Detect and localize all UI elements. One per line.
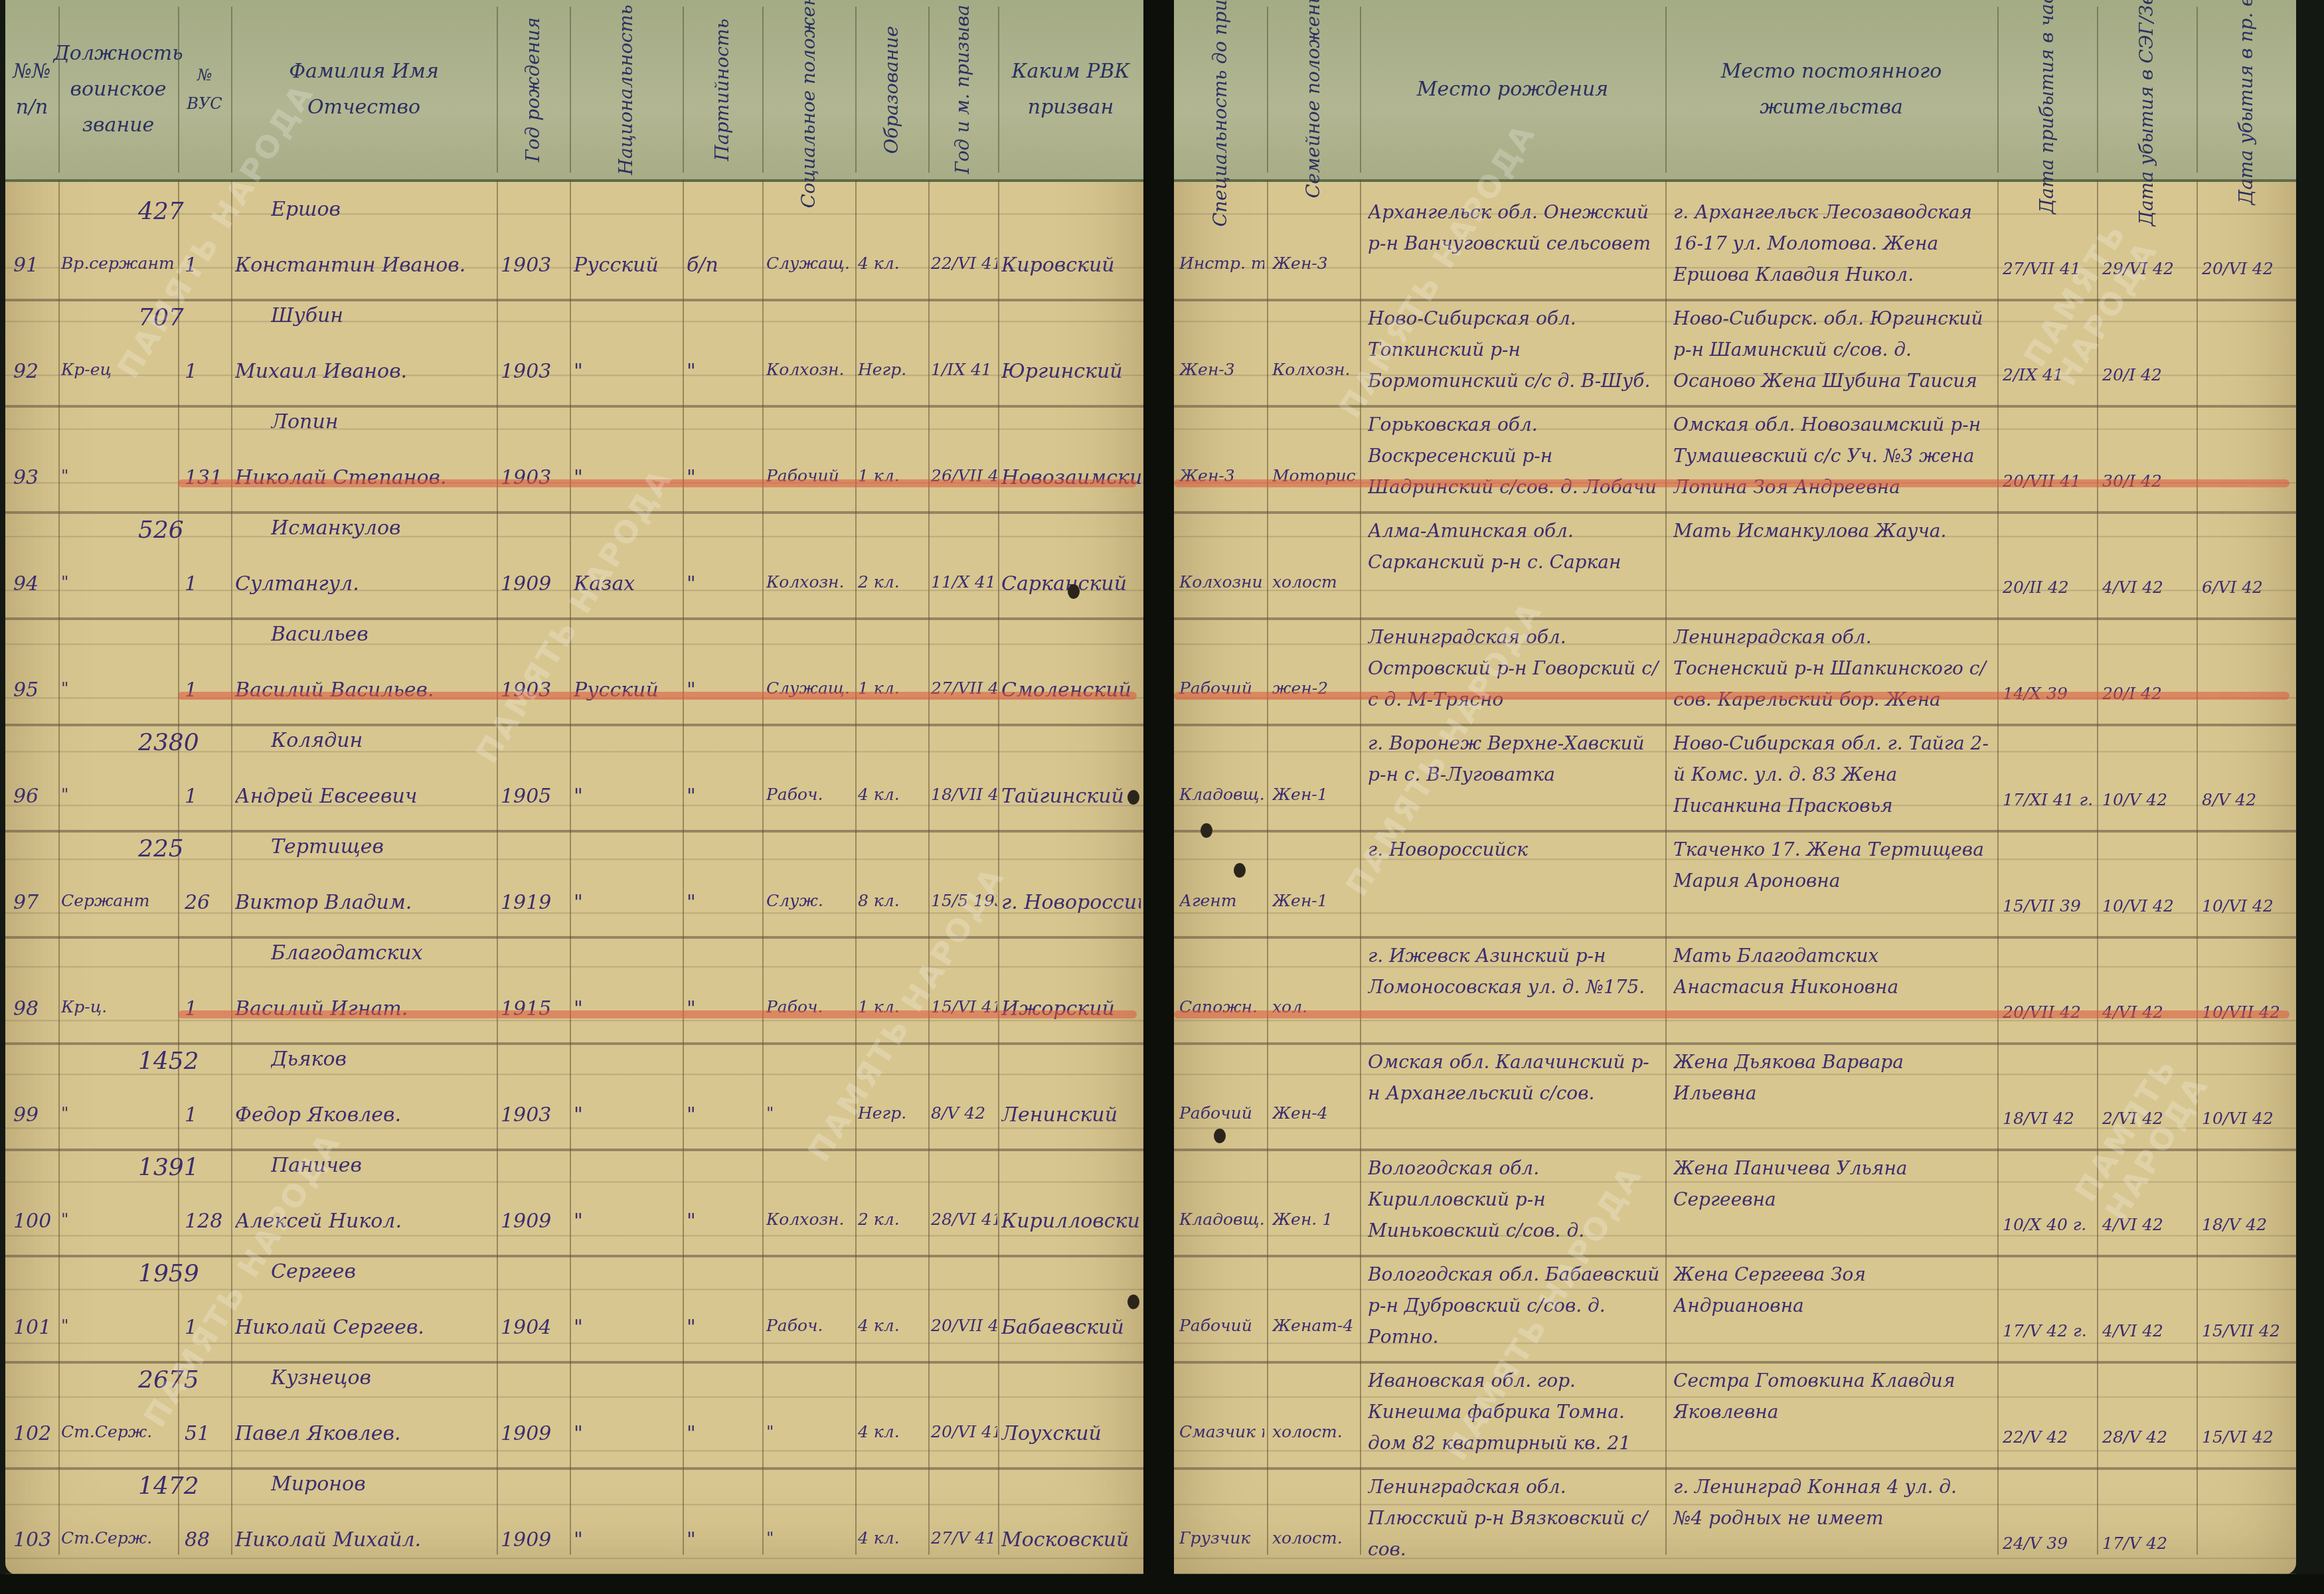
header-label: Место рождения: [1417, 72, 1608, 108]
strike-line: [178, 1010, 1137, 1018]
table-row: Жен-3Колхозн.Ново-Сибирская обл. Топкинс…: [1174, 299, 2296, 408]
strike-line: [1174, 479, 2289, 487]
cell-date-departure: 28/V 42: [2102, 1427, 2194, 1447]
cell-name: Федор Яковлев.: [235, 1103, 494, 1127]
header-family: Семейное положение: [1267, 7, 1361, 173]
cell-no: 92: [13, 360, 58, 383]
cell-rank: Вр.сержант: [61, 254, 174, 273]
table-row: Жен-3МотористГорьковская обл. Воскресенс…: [1174, 405, 2296, 514]
cell-party: ": [687, 891, 760, 914]
strike-line: [178, 479, 1137, 487]
cell-nationality: ": [574, 1210, 680, 1233]
cell-education: 8 кл.: [858, 891, 927, 910]
cell-date-departure: 2/VI 42: [2102, 1109, 2194, 1128]
surname: Сергеев: [271, 1260, 490, 1283]
table-row: Сапожн.хол.г. Ижевск Азинский р-н Ломоно…: [1174, 936, 2296, 1045]
header-label: Социальное положение: [792, 0, 825, 208]
cell-rvk: Кировский: [1001, 254, 1141, 277]
cell-no: 97: [13, 891, 58, 914]
cell-date-arrival: 20/II 42: [2003, 578, 2094, 597]
header-label: Дата прибытия в часть: [2031, 0, 2064, 214]
cell-draft-date: 20/VI 41: [931, 1422, 997, 1441]
cell-party: ": [687, 1210, 760, 1233]
cell-birthplace: г. Новороссийск: [1368, 834, 1660, 933]
table-row: Исманкулов52694"1Султангул.1909Казах"Кол…: [5, 511, 1143, 620]
cell-vus: 26: [185, 891, 228, 914]
cell-residence: Сестра Готовкина Клавдия Яковлевна: [1673, 1365, 1992, 1465]
cell-rank: ": [61, 466, 174, 485]
cell-social: ": [766, 1103, 853, 1123]
table-row: Лопин93"131Николай Степанов.1903""Рабочи…: [5, 405, 1143, 514]
cell-date-arrival: 17/V 42 г.: [2003, 1321, 2094, 1340]
cell-draft-date: 8/V 42: [931, 1103, 997, 1123]
cell-family: Женат-4: [1272, 1316, 1357, 1335]
table-row: Колядин238096"1Андрей Евсеевич1905""Рабо…: [5, 724, 1143, 833]
cell-date-other: 20/VI 42: [2202, 259, 2293, 278]
cell-nationality: ": [574, 1528, 680, 1552]
cell-date-departure: 20/I 42: [2102, 365, 2194, 384]
cell-rank: Кр-ц.: [61, 997, 174, 1016]
vus-note: 427: [138, 198, 211, 225]
cell-party: ": [687, 572, 760, 596]
cell-no: 94: [13, 572, 58, 596]
header-party: Партийность: [683, 7, 764, 173]
cell-social: Колхозн.: [766, 1210, 853, 1229]
cell-draft-date: 18/VII 41: [931, 785, 997, 804]
cell-no: 95: [13, 678, 58, 702]
cell-vus: 1: [185, 785, 228, 808]
cell-year: 1904: [501, 1316, 567, 1339]
cell-birthplace: г. Ижевск Азинский р-н Ломоносовская ул.…: [1368, 940, 1660, 1040]
cell-residence: Ленинградская обл. Тосненский р-н Шапкин…: [1673, 621, 1992, 721]
cell-birthplace: Ново-Сибирская обл. Топкинский р-н Бормо…: [1368, 303, 1660, 402]
table-row: КолхозникхолостАлма-Атинская обл. Саркан…: [1174, 511, 2296, 620]
cell-nationality: ": [574, 1103, 680, 1127]
cell-residence: Ново-Сибирская обл. г. Тайга 2-й Комс. у…: [1673, 728, 1992, 827]
cell-rvk: Кирилловский: [1001, 1210, 1141, 1233]
cell-rvk: г. Новороссийск: [1001, 891, 1141, 914]
cell-family: Жен-3: [1272, 254, 1357, 273]
vus-note: 225: [138, 835, 211, 862]
table-row: Паничев1391100"128Алексей Никол.1909""Ко…: [5, 1149, 1143, 1257]
header-label: Семейное положение: [1297, 0, 1330, 199]
cell-specialty: Кладовщ.: [1179, 785, 1264, 804]
left-page: №№ п/п Должность воинское звание № ВУС Ф…: [5, 0, 1143, 1575]
punch-hole: [1234, 863, 1246, 878]
cell-date-departure: 10/VI 42: [2102, 896, 2194, 916]
cell-no: 99: [13, 1103, 58, 1127]
cell-name: Николай Михайл.: [235, 1528, 494, 1552]
cell-no: 96: [13, 785, 58, 808]
cell-education: 4 кл.: [858, 1316, 927, 1335]
cell-date-other: 6/VI 42: [2202, 578, 2293, 597]
cell-residence: Жена Сергеева Зоя Андриановна: [1673, 1259, 1992, 1358]
cell-social: Рабоч.: [766, 1316, 853, 1335]
vus-note: 1472: [138, 1473, 211, 1500]
surname: Исманкулов: [271, 517, 490, 540]
cell-family: Жен-4: [1272, 1103, 1357, 1123]
book-gutter: [1143, 0, 1174, 1594]
cell-draft-date: 1/IX 41: [931, 360, 997, 379]
vus-note: 526: [138, 517, 211, 544]
cell-no: 103: [13, 1528, 58, 1552]
surname: Колядин: [271, 729, 490, 752]
table-row: РабочийЖенат-4Вологодская обл. Бабаевски…: [1174, 1255, 2296, 1364]
table-row: Кладовщ.Жен-1г. Воронеж Верхне-Хавский р…: [1174, 724, 2296, 833]
strike-line: [1174, 692, 2289, 700]
table-row: Миронов1472103Ст.Серж.88Николай Михайл.1…: [5, 1467, 1143, 1576]
header-fullname: Фамилия Имя Отчество: [231, 7, 498, 173]
cell-party: б/п: [687, 254, 760, 277]
cell-year: 1919: [501, 891, 567, 914]
cell-rank: ": [61, 785, 174, 804]
cell-year: 1903: [501, 1103, 567, 1127]
surname: Тертищев: [271, 835, 490, 858]
table-row: Дьяков145299"1Федор Яковлев.1903"""Негр.…: [5, 1042, 1143, 1151]
cell-birthplace: Ленинградская обл. Островский р-н Говорс…: [1368, 621, 1660, 721]
cell-name: Виктор Владим.: [235, 891, 494, 914]
cell-birthplace: Алма-Атинская обл. Сарканский р-н с. Сар…: [1368, 515, 1660, 615]
cell-rank: ": [61, 572, 174, 592]
cell-date-other: 18/V 42: [2202, 1215, 2293, 1234]
cell-social: ": [766, 1422, 853, 1441]
header-date-arrival: Дата прибытия в часть: [1997, 7, 2098, 173]
cell-date-other: 8/V 42: [2202, 790, 2293, 809]
surname: Паничев: [271, 1154, 490, 1177]
cell-education: 4 кл.: [858, 1528, 927, 1548]
cell-party: ": [687, 1422, 760, 1445]
cell-party: ": [687, 785, 760, 808]
cell-social: Служ.: [766, 891, 853, 910]
cell-specialty: Агент: [1179, 891, 1264, 910]
cell-name: Султангул.: [235, 572, 494, 596]
punch-hole: [1214, 1129, 1226, 1143]
cell-social: Колхозн.: [766, 572, 853, 592]
cell-vus: 1: [185, 572, 228, 596]
surname: Дьяков: [271, 1048, 490, 1071]
cell-education: 4 кл.: [858, 254, 927, 273]
cell-nationality: ": [574, 1422, 680, 1445]
cell-no: 98: [13, 997, 58, 1020]
cell-date-arrival: 18/VI 42: [2003, 1109, 2094, 1128]
table-row: Благодатских98Кр-ц.1Василий Игнат.1915""…: [5, 936, 1143, 1045]
cell-date-arrival: 2/IX 41: [2003, 365, 2094, 384]
cell-year: 1909: [501, 572, 567, 596]
cell-rank: ": [61, 1210, 174, 1229]
header-label: Год рождения: [517, 17, 550, 162]
cell-draft-date: 27/V 41: [931, 1528, 997, 1548]
cell-party: ": [687, 360, 760, 383]
cell-vus: 1: [185, 254, 228, 277]
cell-draft-date: 15/5 1939: [931, 891, 997, 910]
header-label: Место постоянного жительства: [1665, 54, 1997, 125]
table-row: Васильев95"1Василий Васильев.1903Русский…: [5, 617, 1143, 726]
cell-party: ": [687, 1316, 760, 1339]
cell-birthplace: Архангельск обл. Онежский р-н Ванчуговск…: [1368, 197, 1660, 296]
cell-birthplace: Ленинградская обл. Плюсский р-н Вязковск…: [1368, 1471, 1660, 1571]
table-row: Кузнецов2675102Ст.Серж.51Павел Яковлев.1…: [5, 1361, 1143, 1470]
cell-residence: Омская обл. Новозаимский р-н Тумашевский…: [1673, 409, 1992, 509]
cell-residence: г. Архангельск Лесозаводская 16-17 ул. М…: [1673, 197, 1992, 296]
cell-date-departure: 4/VI 42: [2102, 1215, 2194, 1234]
cell-residence: Ткаченко 17. Жена Тертищева Мария Аронов…: [1673, 834, 1992, 933]
header-label: Год и м. призыва: [946, 5, 979, 174]
cell-draft-date: 22/VI 41: [931, 254, 997, 273]
punch-hole: [1127, 790, 1139, 805]
scan-edge: [0, 1574, 2324, 1594]
cell-family: Жен-1: [1272, 785, 1357, 804]
cell-rank: ": [61, 1316, 174, 1335]
cell-date-departure: 10/V 42: [2102, 790, 2194, 809]
header-specialty: Специальность до призыва: [1174, 7, 1268, 173]
cell-education: 4 кл.: [858, 785, 927, 804]
cell-name: Алексей Никол.: [235, 1210, 494, 1233]
header-label: № ВУС: [178, 61, 231, 118]
cell-family: Колхозн.: [1272, 360, 1357, 379]
cell-year: 1905: [501, 785, 567, 808]
cell-date-departure: 4/VI 42: [2102, 1321, 2194, 1340]
header-nationality: Национальность: [570, 7, 684, 173]
cell-date-other: 15/VI 42: [2202, 1427, 2293, 1447]
cell-date-arrival: 17/XI 41 г.: [2003, 790, 2094, 809]
table-row: РабочийЖен-4Омская обл. Калачинский р-н …: [1174, 1042, 2296, 1151]
header-label: Фамилия Имя Отчество: [231, 54, 497, 125]
cell-birthplace: Вологодская обл. Кирилловский р-н Минько…: [1368, 1153, 1660, 1252]
header-label: Дата убытия в пр. вуз: [2230, 0, 2263, 204]
surname: Лопин: [271, 410, 490, 434]
header-label: Национальность: [610, 5, 643, 175]
cell-family: Жен-1: [1272, 891, 1357, 910]
punch-hole: [1068, 584, 1080, 599]
table-row: АгентЖен-1г. НовороссийскТкаченко 17. Же…: [1174, 830, 2296, 939]
header-date-other: Дата убытия в пр. вуз: [2197, 7, 2296, 173]
cell-no: 101: [13, 1316, 58, 1339]
cell-residence: Мать Благодатских Анастасия Никоновна: [1673, 940, 1992, 1040]
cell-year: 1903: [501, 360, 567, 383]
header-draft-year: Год и м. призыва: [928, 7, 999, 173]
punch-hole: [1127, 1295, 1139, 1309]
header-birthplace: Место рождения: [1360, 7, 1667, 173]
cell-birthplace: Омская обл. Калачинский р-н Архангельски…: [1368, 1046, 1660, 1146]
cell-specialty: Инстр. тракт.: [1179, 254, 1264, 273]
cell-rank: Ст.Серж.: [61, 1528, 174, 1548]
cell-year: 1909: [501, 1210, 567, 1233]
cell-specialty: Рабочий: [1179, 1316, 1264, 1335]
header-label: Должность воинское звание: [53, 36, 183, 143]
cell-rvk: Московский: [1001, 1528, 1141, 1552]
cell-date-arrival: 27/VII 41: [2003, 259, 2094, 278]
cell-residence: Ново-Сибирск. обл. Юргинский р-н Шаминск…: [1673, 303, 1992, 402]
cell-residence: Жена Дьякова Варвара Ильевна: [1673, 1046, 1992, 1146]
cell-education: 4 кл.: [858, 1422, 927, 1441]
cell-date-other: 10/VI 42: [2202, 1109, 2293, 1128]
table-row: Ершов42791Вр.сержант1Константин Иванов.1…: [5, 193, 1143, 301]
cell-nationality: ": [574, 891, 680, 914]
cell-rank: Сержант: [61, 891, 174, 910]
cell-birthplace: Горьковская обл. Воскресенский р-н Шадри…: [1368, 409, 1660, 509]
surname: Васильев: [271, 623, 490, 646]
cell-name: Павел Яковлев.: [235, 1422, 494, 1445]
cell-rank: Кр-ец: [61, 360, 174, 379]
cell-nationality: ": [574, 360, 680, 383]
cell-vus: 1: [185, 1103, 228, 1127]
cell-nationality: Русский: [574, 254, 680, 277]
cell-specialty: Смазчик прядильн. цеха: [1179, 1422, 1264, 1441]
table-row: Грузчикхолост.Ленинградская обл. Плюсски…: [1174, 1467, 2296, 1576]
table-row: Рабочийжен-2Ленинградская обл. Островски…: [1174, 617, 2296, 726]
header-label: Каким РВК призван: [998, 54, 1143, 125]
cell-draft-date: 11/X 41: [931, 572, 997, 592]
surname: Кузнецов: [271, 1366, 490, 1390]
cell-name: Николай Сергеев.: [235, 1316, 494, 1339]
cell-year: 1909: [501, 1422, 567, 1445]
vus-note: 2380: [138, 729, 211, 756]
cell-vus: 1: [185, 1316, 228, 1339]
cell-birthplace: г. Воронеж Верхне-Хавский р-н с. В-Лугов…: [1368, 728, 1660, 827]
cell-no: 102: [13, 1422, 58, 1445]
table-row: Смазчик прядильн. цехахолост.Ивановская …: [1174, 1361, 2296, 1470]
cell-education: 2 кл.: [858, 572, 927, 592]
cell-rvk: Тайгинский: [1001, 785, 1141, 808]
cell-education: Негр.: [858, 1103, 927, 1123]
cell-rank: ": [61, 1103, 174, 1123]
cell-date-other: 15/VII 42: [2202, 1321, 2293, 1340]
surname: Шубин: [271, 304, 490, 327]
cell-date-departure: 29/VI 42: [2102, 259, 2194, 278]
left-header-band: №№ п/п Должность воинское звание № ВУС Ф…: [5, 0, 1143, 182]
vus-note: 707: [138, 304, 211, 331]
cell-rvk: Лоухский: [1001, 1422, 1141, 1445]
vus-note: 1959: [138, 1260, 211, 1287]
right-page: Специальность до призыва Семейное положе…: [1174, 0, 2296, 1575]
cell-specialty: Рабочий: [1179, 1103, 1264, 1123]
header-label: Образование: [875, 26, 908, 154]
surname: Миронов: [271, 1473, 490, 1496]
cell-no: 93: [13, 466, 58, 489]
cell-party: ": [687, 1528, 760, 1552]
cell-date-other: 10/VI 42: [2202, 896, 2293, 916]
cell-birthplace: Ивановская обл. гор. Кинешма фабрика Том…: [1368, 1365, 1660, 1465]
cell-year: 1903: [501, 254, 567, 277]
cell-social: Служащ.: [766, 254, 853, 273]
cell-family: Жен. 1: [1272, 1210, 1357, 1229]
cell-date-departure: 4/VI 42: [2102, 578, 2194, 597]
header-social: Социальное положение: [762, 7, 857, 173]
cell-date-arrival: 15/VII 39: [2003, 896, 2094, 916]
cell-residence: Жена Паничева Ульяна Сергеевна: [1673, 1153, 1992, 1252]
header-education: Образование: [855, 7, 930, 173]
cell-social: ": [766, 1528, 853, 1548]
vus-note: 1391: [138, 1154, 211, 1181]
cell-family: холост: [1272, 572, 1357, 592]
cell-date-departure: 17/V 42: [2102, 1534, 2194, 1553]
cell-rank: Ст.Серж.: [61, 1422, 174, 1441]
cell-no: 91: [13, 254, 58, 277]
cell-name: Андрей Евсеевич: [235, 785, 494, 808]
surname: Благодатских: [271, 941, 490, 965]
cell-social: Колхозн.: [766, 360, 853, 379]
cell-residence: г. Ленинград Конная 4 ул. д. №4 родных н…: [1673, 1471, 1992, 1571]
header-label: №№ п/п: [5, 54, 58, 125]
cell-date-arrival: 22/V 42: [2003, 1427, 2094, 1447]
strike-line: [1174, 1010, 2289, 1018]
cell-education: 2 кл.: [858, 1210, 927, 1229]
table-row: Тертищев22597Сержант26Виктор Владим.1919…: [5, 830, 1143, 939]
cell-vus: 1: [185, 360, 228, 383]
header-vus: № ВУС: [178, 7, 232, 173]
table-row: Инстр. тракт.Жен-3Архангельск обл. Онежс…: [1174, 193, 2296, 301]
vus-note: 2675: [138, 1366, 211, 1394]
cell-draft-date: 28/VI 41: [931, 1210, 997, 1229]
cell-social: Рабоч.: [766, 785, 853, 804]
cell-name: Михаил Иванов.: [235, 360, 494, 383]
cell-nationality: ": [574, 1316, 680, 1339]
cell-rvk: Бабаевский: [1001, 1316, 1141, 1339]
header-number: №№ п/п: [5, 7, 60, 173]
cell-rank: ": [61, 678, 174, 698]
table-row: Шубин70792Кр-ец1Михаил Иванов.1903""Колх…: [5, 299, 1143, 408]
table-row: Кладовщ.Жен. 1Вологодская обл. Кирилловс…: [1174, 1149, 2296, 1257]
cell-specialty: Жен-3: [1179, 360, 1264, 379]
cell-vus: 51: [185, 1422, 228, 1445]
surname: Ершов: [271, 198, 490, 221]
punch-hole: [1201, 823, 1212, 838]
cell-date-arrival: 24/V 39: [2003, 1534, 2094, 1553]
cell-family: холост.: [1272, 1528, 1357, 1548]
table-row: Сергеев1959101"1Николай Сергеев.1904""Ра…: [5, 1255, 1143, 1364]
header-label: Партийность: [706, 19, 739, 161]
right-header-band: Специальность до призыва Семейное положе…: [1174, 0, 2296, 182]
cell-nationality: Казах: [574, 572, 680, 596]
header-birth-year: Год рождения: [497, 7, 571, 173]
header-date-departure: Дата убытия в СЭГ/Зв. в/ч: [2097, 7, 2198, 173]
header-rank: Должность воинское звание: [58, 7, 179, 173]
cell-party: ": [687, 1103, 760, 1127]
cell-vus: 128: [185, 1210, 228, 1233]
vus-note: 1452: [138, 1048, 211, 1075]
cell-draft-date: 20/VII 41: [931, 1316, 997, 1335]
cell-date-arrival: 10/X 40 г.: [2003, 1215, 2094, 1234]
cell-no: 100: [13, 1210, 58, 1233]
cell-residence: Мать Исманкулова Жауча.: [1673, 515, 1992, 615]
header-residence: Место постоянного жительства: [1665, 7, 1999, 173]
cell-nationality: ": [574, 785, 680, 808]
header-rvk: Каким РВК призван: [998, 7, 1143, 173]
cell-rvk: Юргинский: [1001, 360, 1141, 383]
cell-birthplace: Вологодская обл. Бабаевский р-н Дубровск…: [1368, 1259, 1660, 1358]
cell-vus: 88: [185, 1528, 228, 1552]
strike-line: [178, 692, 1137, 700]
cell-education: Негр.: [858, 360, 927, 379]
cell-name: Константин Иванов.: [235, 254, 494, 277]
cell-rvk: Ленинский: [1001, 1103, 1141, 1127]
cell-family: холост.: [1272, 1422, 1357, 1441]
cell-year: 1909: [501, 1528, 567, 1552]
cell-specialty: Грузчик: [1179, 1528, 1264, 1548]
cell-specialty: Кладовщ.: [1179, 1210, 1264, 1229]
cell-specialty: Колхозник: [1179, 572, 1264, 592]
